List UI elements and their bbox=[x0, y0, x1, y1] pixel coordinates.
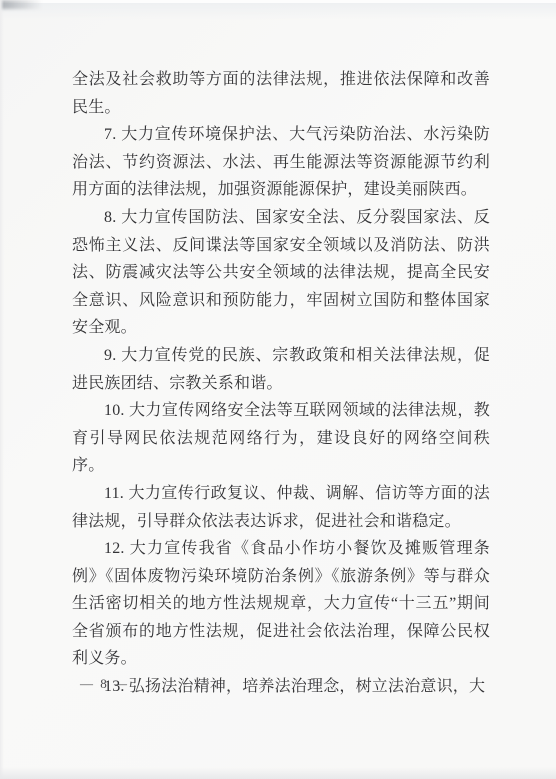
document-text-block: 全法及社会救助等方面的法律法规，推进依法保障和改善民生。 7. 大力宣传环境保护… bbox=[72, 66, 490, 701]
paragraph-item-13: 13. 弘扬法治精神，培养法治理念，树立法治意识，大 bbox=[72, 673, 490, 701]
paragraph-item-8: 8. 大力宣传国防法、国家安全法、反分裂国家法、反恐怖主义法、反间谍法等国家安全… bbox=[72, 204, 490, 342]
scan-edge-top-band bbox=[0, 3, 556, 20]
paragraph-continuation: 全法及社会救助等方面的法律法规，推进依法保障和改善民生。 bbox=[72, 66, 490, 121]
paragraph-item-9: 9. 大力宣传党的民族、宗教政策和相关法律法规，促进民族团结、宗教关系和谐。 bbox=[72, 342, 490, 397]
scan-edge-bottom bbox=[0, 767, 556, 779]
paragraph-item-10: 10. 大力宣传网络安全法等互联网领域的法律法规，教育引导网民依法规范网络行为，… bbox=[72, 397, 490, 480]
scan-edge-left bbox=[0, 0, 4, 779]
page-number: — 8 — bbox=[80, 675, 129, 693]
scanned-document-page: 全法及社会救助等方面的法律法规，推进依法保障和改善民生。 7. 大力宣传环境保护… bbox=[0, 0, 556, 779]
scan-edge-smudge bbox=[0, 0, 42, 9]
paragraph-item-12: 12. 大力宣传我省《食品小作坊小餐饮及摊贩管理条例》《固体废物污染环境防治条例… bbox=[72, 535, 490, 673]
paragraph-item-7: 7. 大力宣传环境保护法、大气污染防治法、水污染防治法、节约资源法、水法、再生能… bbox=[72, 121, 490, 204]
paragraph-item-11: 11. 大力宣传行政复议、仲裁、调解、信访等方面的法律法规，引导群众依法表达诉求… bbox=[72, 480, 490, 535]
